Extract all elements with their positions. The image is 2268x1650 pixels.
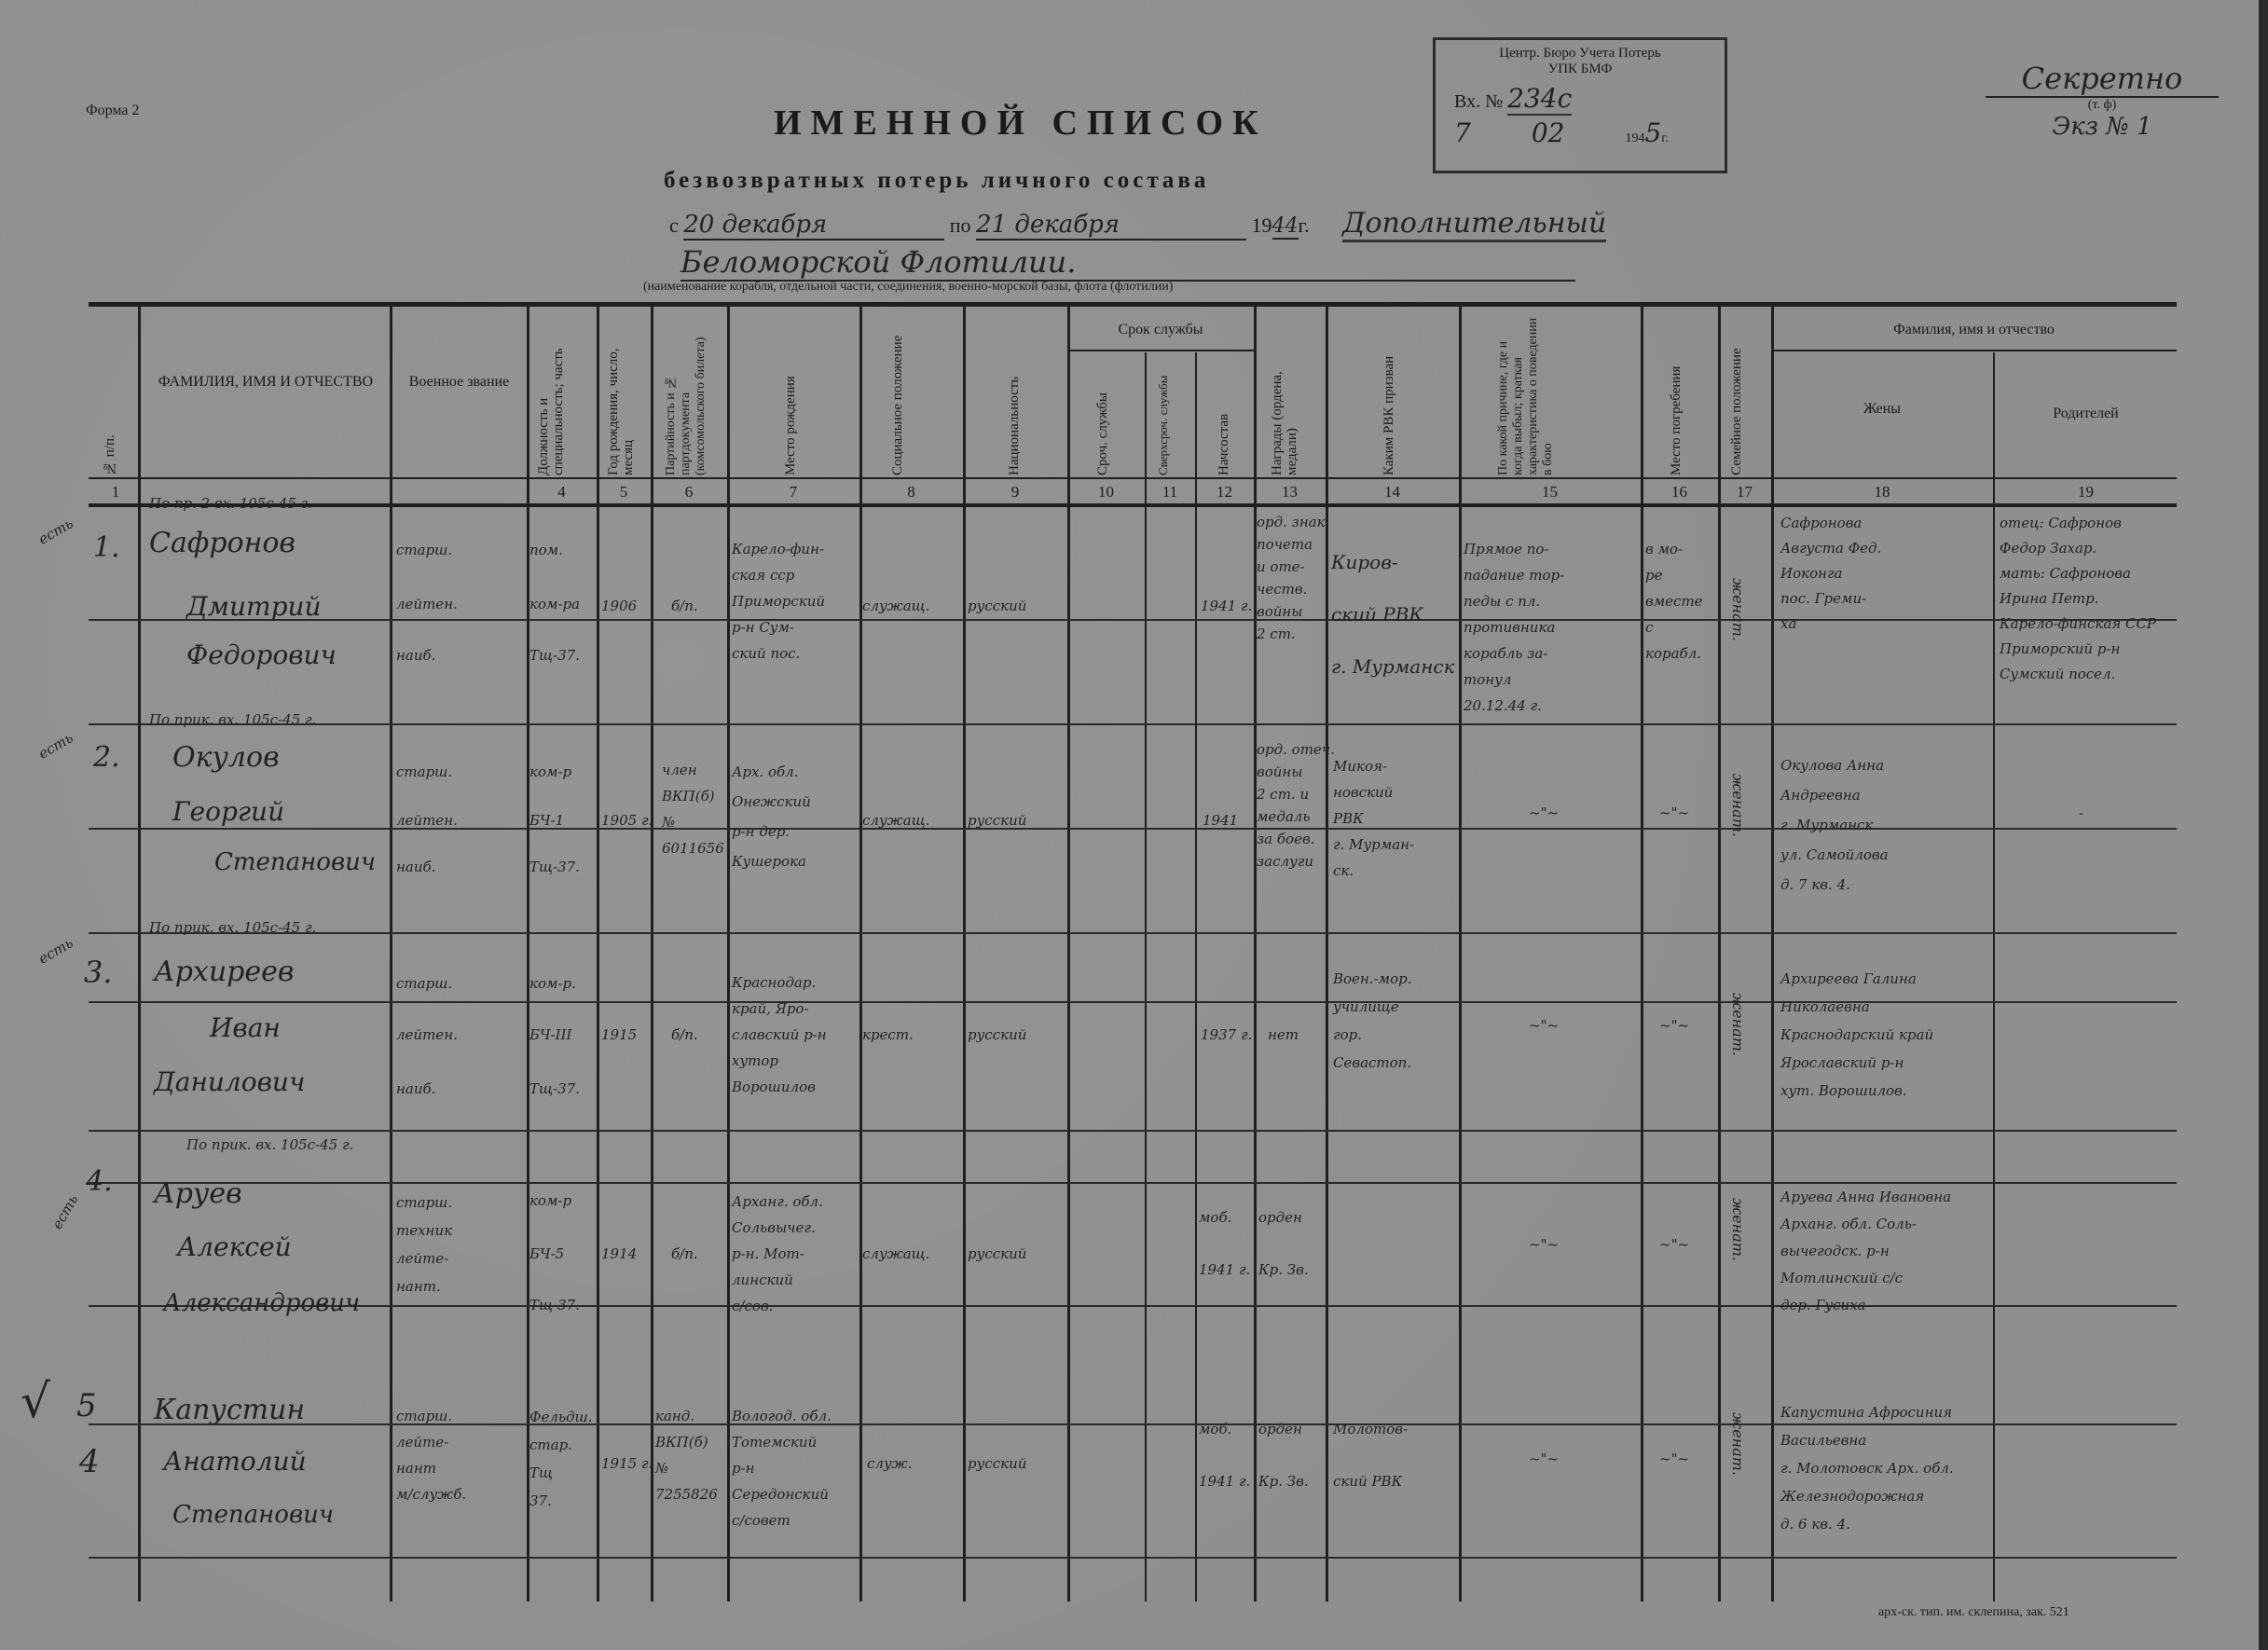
header-burial: Место погребения (1669, 312, 1684, 475)
rank-line: старш. (396, 1403, 466, 1429)
wife: Окулова Анна Андреевна г. Мурманск ул. С… (1780, 750, 1889, 900)
right-edge-shadow (2259, 0, 2268, 1650)
header-fio-group: Фамилия, имя и отчество (1771, 322, 2177, 338)
colnum: 15 (1459, 483, 1641, 502)
nationality: русский (968, 811, 1026, 830)
colnum: 16 (1641, 483, 1718, 502)
nationality: русский (968, 1025, 1026, 1044)
header-nationality: Национальность (1007, 326, 1022, 475)
colnum: 18 (1771, 483, 1993, 502)
record-number: 2. (93, 746, 120, 770)
reason: ~"~ (1529, 1016, 1559, 1035)
unit-name: Беломорской Флотилии. (680, 244, 1575, 282)
patronymic: Федорович (186, 643, 337, 667)
parents: отец: Сафронов Федор Захар. мать: Сафрон… (2000, 511, 2156, 687)
nachsostav: моб. 1941 г. (1199, 1403, 1250, 1507)
surname: Окулов (172, 746, 280, 770)
birth-year: 1905 г. (601, 811, 653, 830)
record-number-alt: 4 (79, 1450, 100, 1474)
wife-line: Окулова Анна (1780, 750, 1889, 780)
wife-line: Андреевна (1780, 780, 1889, 810)
wife-line: Архиреева Галина (1780, 965, 1933, 993)
rank: лейтен. (396, 595, 458, 613)
period-line: с 20 декабря по 21 декабря 1944г. Дополн… (669, 207, 1606, 241)
parents-line: мать: Сафронова (2000, 561, 2156, 586)
stamp-day: 7 (1454, 117, 1471, 148)
rvk-line: ский РВК (1331, 588, 1455, 640)
social-status: крест. (862, 1025, 914, 1044)
birthplace: Арх. обл. Онежский р-н дер. Кушерока (732, 757, 811, 876)
rank: лейтен. (396, 1025, 458, 1044)
rank: старш. лейте- нант м/служб. (396, 1403, 466, 1507)
wife-line: г. Молотовск Арх. обл. (1780, 1454, 1954, 1482)
party-line: № (655, 1455, 718, 1481)
party: член ВКП(б) № 6011656 (662, 757, 724, 861)
burial: в мо- ре вместе с корабл. (1645, 536, 1703, 667)
colnum: 13 (1254, 483, 1326, 502)
registration-stamp: Центр. Бюро Учета Потерь УПК БМФ Вх. № 2… (1433, 37, 1727, 173)
rvk-line: Киров- (1331, 536, 1455, 588)
wife-line: д. 6 кв. 4. (1780, 1510, 1954, 1538)
to-prefix: по (950, 213, 971, 237)
reason-line: Прямое по- (1464, 536, 1564, 562)
parents-line: Федор Захар. (2000, 536, 2156, 561)
row-rule (89, 1130, 2177, 1132)
colnum: 1 (93, 483, 138, 502)
header-sverhsroch: Сверхсроч. службы (1156, 359, 1189, 475)
burial: ~"~ (1659, 1235, 1689, 1254)
position: Тщ-37. (529, 858, 580, 876)
parents-line: Карело-финская ССР (2000, 612, 2156, 637)
birthplace: Краснодар. край, Яро- славский р-н хутор… (732, 969, 827, 1100)
year-prefix: 19 (1252, 213, 1272, 237)
wife: Аруева Анна Ивановна Арханг. обл. Соль- … (1780, 1184, 1951, 1319)
position: Тщ-37. (529, 1079, 580, 1098)
birthplace: Арханг. обл. Сольвычег. р-н. Мот- лински… (732, 1189, 823, 1319)
order-note: По прик. вх. 105с-45 г. (186, 1135, 353, 1154)
social-status: служащ. (862, 597, 929, 615)
wife-line: пос. Греми- (1780, 586, 1881, 612)
party-line: № (662, 809, 724, 835)
document-title: ИМЕННОЙ СПИСОК (774, 103, 1268, 144)
reason-line: педы с пл. (1464, 588, 1564, 614)
reason: ~"~ (1529, 804, 1559, 822)
header-bottom-rule (89, 503, 2177, 507)
position: ком-р (529, 1191, 571, 1210)
colnum: 4 (527, 483, 597, 502)
birthplace-line: Арх. обл. (732, 757, 811, 787)
social-status: служащ. (862, 1244, 929, 1263)
header-name: ФАМИЛИЯ, ИМЯ И ОТЧЕСТВО (149, 368, 382, 396)
reason: Прямое по- падание тор- педы с пл. проти… (1464, 536, 1564, 719)
reason-line: тонул (1464, 667, 1564, 693)
award-line: орд. отеч. (1257, 738, 1335, 761)
rank-line: нант. (396, 1272, 452, 1300)
rank-line: м/служб. (396, 1481, 466, 1507)
rvk-line: РВК (1333, 805, 1414, 832)
colnum: 14 (1326, 483, 1459, 502)
surname: Архиреев (154, 960, 294, 984)
header-nachsostav: Начсостав (1216, 359, 1231, 475)
wife-line: ха (1780, 612, 1881, 637)
document-subtitle: безвозвратных потерь личного состава (664, 168, 1209, 194)
stamp-number-value: 234с (1507, 83, 1572, 116)
header-party: Партийность и № партдокумента (комсомоль… (664, 312, 720, 475)
first-name: Иван (210, 1016, 281, 1040)
nationality: русский (968, 1244, 1026, 1263)
classification-label: Секретно (1986, 61, 2219, 98)
birthplace: Вологод. обл. Тотемский р-н Середонский … (732, 1403, 832, 1533)
colnum: 6 (651, 483, 727, 502)
awards: орден Кр. Зв. (1258, 1403, 1309, 1507)
from-prefix: с (669, 213, 679, 237)
year-suffix: г. (1299, 213, 1310, 237)
reason-line: корабль за- (1464, 640, 1564, 667)
position: Тщ-37. (529, 1296, 580, 1314)
header-wife: Жены (1771, 401, 1993, 418)
wife-line: Ярославский р-н (1780, 1049, 1933, 1077)
awards: орд. отеч. войны 2 ст. и медаль за боев.… (1257, 738, 1335, 873)
nationality: русский (968, 1454, 1026, 1473)
margin-note: есть (35, 933, 76, 968)
award-line: заслуги (1257, 850, 1335, 873)
rank-line: лейте- (396, 1244, 452, 1272)
rank: старш. (396, 541, 452, 559)
rvk-line: Севастоп. (1333, 1049, 1412, 1077)
patronymic: Степанович (214, 850, 376, 874)
position: пом. (529, 541, 563, 559)
birthplace-line: Вологод. обл. (732, 1403, 832, 1429)
birthplace-line: р-н (732, 1455, 832, 1481)
srok-group-rule (1067, 350, 1254, 351)
party: б/п. (671, 1244, 698, 1263)
nachsostav: 1941 (1203, 811, 1238, 830)
wife-line: Васильевна (1780, 1426, 1954, 1454)
award-line: 2 ст. и (1257, 783, 1335, 805)
birthplace-line: Сольвычег. (732, 1215, 823, 1241)
period-from: 20 декабря (683, 211, 944, 241)
wife: Архиреева Галина Николаевна Краснодарски… (1780, 965, 1933, 1105)
order-note: По пр. 2 вх. 105с-45 г. (149, 494, 312, 513)
parents-line: Ирина Петр. (2000, 586, 2156, 612)
rank: старш. техник лейте- нант. (396, 1189, 452, 1300)
document-page: Форма 2 ИМЕННОЙ СПИСОК безвозвратных пот… (0, 0, 2268, 1650)
wife-line: Аруева Анна Ивановна (1780, 1184, 1951, 1211)
supplementary-note: Дополнительный (1342, 207, 1606, 242)
party-line: канд. (655, 1403, 718, 1429)
position-line: Тщ (529, 1459, 593, 1487)
header-family: Семейное положение (1729, 312, 1766, 475)
birthplace-line: Ворошилов (732, 1074, 827, 1100)
birth-year: 1915 г. (601, 1454, 653, 1473)
reason-line: 20.12.44 г. (1464, 693, 1564, 719)
award-line: медаль (1257, 805, 1335, 828)
party-line: член (662, 757, 724, 783)
party-line: 7255826 (655, 1481, 718, 1507)
classification-sub: (т. ф) (1986, 98, 2219, 113)
rvk-line: гор. (1333, 1021, 1412, 1049)
burial: ~"~ (1659, 804, 1689, 822)
rvk-line: ский РВК (1333, 1455, 1408, 1507)
birthplace-line: р-н дер. (732, 817, 811, 846)
birth-year: 1906 (601, 597, 637, 615)
awards: орд. знак почета и оте- честв. войны 2 с… (1257, 511, 1326, 645)
first-name: Анатолий (163, 1450, 307, 1474)
birthplace-line: Тотемский (732, 1429, 832, 1455)
birthplace-line: Онежский (732, 787, 811, 817)
wife-line: хут. Ворошилов. (1780, 1077, 1933, 1105)
colnum: 11 (1145, 483, 1195, 502)
burial-line: ре (1645, 562, 1703, 588)
reason: ~"~ (1529, 1450, 1559, 1468)
row-rule (89, 932, 2177, 934)
wife-line: Иоконга (1780, 561, 1881, 586)
colnum: 9 (963, 483, 1067, 502)
order-note: По прик. вх. 105с-45 г. (149, 710, 316, 729)
colnum: 12 (1195, 483, 1254, 502)
surname: Капустин (154, 1398, 305, 1423)
wife-line: Августа Фед. (1780, 536, 1881, 561)
record-number: 3. (84, 960, 113, 984)
colnum: 17 (1718, 483, 1771, 502)
stamp-year-prefix: 194 (1625, 131, 1644, 145)
wife-line: Николаевна (1780, 993, 1933, 1021)
surname: Аруев (154, 1182, 242, 1206)
position: Фельдш. стар. Тщ 37. (529, 1403, 593, 1515)
award-line: орден (1258, 1191, 1309, 1244)
party: канд. ВКП(б) № 7255826 (655, 1403, 718, 1507)
family-status: женат. (1729, 1412, 1747, 1476)
family-status: женат. (1729, 993, 1747, 1056)
margin-note: есть (35, 514, 76, 548)
header-num: № п/п. (103, 410, 117, 475)
award-line: за боев. (1257, 828, 1335, 850)
row-rule (89, 723, 2177, 725)
rank: старш. (396, 974, 452, 993)
rank-line: лейте- (396, 1429, 466, 1455)
patronymic: Степанович (172, 1503, 334, 1527)
wife-line: Железнодорожная (1780, 1482, 1954, 1510)
row-rule (89, 1557, 2177, 1559)
birthplace-line: с/совет (732, 1507, 832, 1533)
period-to: 21 декабря (976, 211, 1246, 241)
colnum: 7 (727, 483, 859, 502)
party: б/п. (671, 1025, 698, 1044)
birth-year: 1914 (601, 1244, 637, 1263)
rank-line: старш. (396, 1189, 452, 1217)
position-line: стар. (529, 1431, 593, 1459)
rvk: Киров- ский РВК г. Мурманск (1331, 536, 1455, 693)
nationality: русский (968, 597, 1026, 615)
patronymic: Александрович (163, 1291, 360, 1315)
patronymic: Данилович (154, 1070, 305, 1094)
wife-line: вычегодск. р-н (1780, 1238, 1951, 1265)
award-line: орден (1258, 1403, 1309, 1455)
parents-line: Сумский посел. (2000, 662, 2156, 687)
copy-number: Экз № 1 (1986, 113, 2219, 141)
birthplace-line: р-н. Мот- (732, 1241, 823, 1267)
burial: ~"~ (1659, 1450, 1689, 1468)
birthplace-line: Приморский (732, 588, 825, 614)
award-line: войны (1257, 600, 1326, 623)
header-rank: Военное звание (401, 368, 517, 396)
birthplace-line: Краснодар. (732, 969, 827, 996)
rvk-line: новский (1333, 779, 1414, 805)
birth-year: 1915 (601, 1025, 637, 1044)
rvk-line: Молотов- (1333, 1403, 1408, 1455)
party: б/п. (671, 597, 698, 615)
rvk-line: Микоя- (1333, 753, 1414, 779)
wife-line: Капустина Афросиния (1780, 1398, 1954, 1426)
birthplace-line: ская сср (732, 562, 825, 588)
family-status: женат. (1729, 578, 1747, 641)
birthplace-line: Середонский (732, 1481, 832, 1507)
rvk: Воен.-мор. училище гор. Севастоп. (1333, 965, 1412, 1077)
margin-note: есть (35, 728, 76, 763)
award-line: Кр. Зв. (1258, 1244, 1309, 1296)
birthplace: Карело-фин- ская сср Приморский р-н Сум-… (732, 536, 825, 667)
awards: нет (1268, 1025, 1299, 1044)
header-awards: Награды (ордена, медали) (1270, 326, 1307, 475)
award-line: честв. (1257, 578, 1326, 600)
printer-imprint: арх-ск. тип. им. склепина, зак. 521 (1878, 1605, 2069, 1620)
stamp-in-label: Вх. № (1454, 91, 1503, 112)
order-note: По прик. вх. 105с-45 г. (149, 918, 316, 937)
record-number: 1. (93, 536, 120, 560)
record-number: 4. (86, 1170, 113, 1194)
burial-line: корабл. (1645, 640, 1703, 667)
col-divider (1145, 352, 1147, 1602)
col-divider (390, 306, 392, 1602)
birthplace-line: Кушерока (732, 846, 811, 876)
birthplace-line: Карело-фин- (732, 536, 825, 562)
birthplace-line: ский пос. (732, 640, 825, 667)
nachsostav-line: моб. (1199, 1191, 1250, 1244)
award-line: 2 ст. (1257, 623, 1326, 645)
stamp-line2: УПК БМФ (1436, 62, 1725, 77)
wife-line: Краснодарский край (1780, 1021, 1933, 1049)
position: ком-р. (529, 974, 576, 993)
position: ком-р (529, 763, 571, 781)
family-status: женат. (1729, 1198, 1747, 1261)
nachsostav-line: 1941 г. (1199, 1244, 1250, 1296)
party-line: ВКП(б) (655, 1429, 718, 1455)
header-srok-group: Срок службы (1067, 322, 1254, 338)
party-line: 6011656 (662, 835, 724, 861)
wife-line: ул. Самойлова (1780, 840, 1889, 870)
position: ком-ра (529, 595, 580, 613)
awards: орден Кр. Зв. (1258, 1191, 1309, 1296)
header-srochn: Сроч. службы (1095, 359, 1110, 475)
wife: Капустина Афросиния Васильевна г. Молото… (1780, 1398, 1954, 1538)
social-status: служащ. (862, 811, 929, 830)
wife-line: Мотлинский с/с (1780, 1265, 1951, 1292)
checkmark-icon: √ (21, 1389, 50, 1413)
first-name: Алексей (177, 1235, 292, 1259)
header-social: Социальное положение (890, 326, 928, 475)
social-status: служ. (867, 1454, 912, 1473)
position-line: 37. (529, 1487, 593, 1515)
rvk: Микоя- новский РВК г. Мурман- ск. (1333, 753, 1414, 884)
nachsostav: 1941 г. (1201, 597, 1252, 615)
rank: лейтен. (396, 811, 458, 830)
rank-line: техник (396, 1217, 452, 1244)
parents-line: отец: Сафронов (2000, 511, 2156, 536)
col-divider (1195, 352, 1197, 1602)
rank: старш. (396, 763, 452, 781)
colnum: 5 (597, 483, 651, 502)
family-status: женат. (1729, 774, 1747, 837)
burial-line: в мо- (1645, 536, 1703, 562)
rank: наиб. (396, 646, 435, 665)
unit-caption: (наименование корабля, отдельной части, … (643, 280, 1173, 295)
burial-line: вместе (1645, 588, 1703, 614)
wife-line: Арханг. обл. Соль- (1780, 1211, 1951, 1238)
rank-line: нант (396, 1455, 466, 1481)
position: БЧ-III (529, 1025, 571, 1044)
award-line: орд. знак (1257, 511, 1326, 533)
rank: наиб. (396, 1079, 435, 1098)
first-name: Георгий (172, 800, 284, 824)
stamp-line1: Центр. Бюро Учета Потерь (1436, 46, 1725, 62)
wife-line: г. Мурманск (1780, 810, 1889, 840)
rvk-line: г. Мурманск (1331, 640, 1455, 693)
stamp-in-number: Вх. № 234с (1454, 83, 1725, 114)
rank: наиб. (396, 858, 435, 876)
surname: Сафронов (149, 531, 296, 556)
rvk-line: училище (1333, 993, 1412, 1021)
party-line: ВКП(б) (662, 783, 724, 809)
table-top-rule (89, 302, 2177, 307)
rvk-line: Воен.-мор. (1333, 965, 1412, 993)
wife: Сафронова Августа Фед. Иоконга пос. Грем… (1780, 511, 1881, 637)
colnum: 8 (859, 483, 963, 502)
birthplace-line: с/сов. (732, 1293, 823, 1319)
colnum: 19 (1995, 483, 2177, 502)
rvk-line: ск. (1333, 858, 1414, 884)
birthplace-line: линский (732, 1267, 823, 1293)
reason: ~"~ (1529, 1235, 1559, 1254)
nachsostav-line: моб. (1199, 1403, 1250, 1455)
form-label: Форма 2 (86, 103, 140, 119)
header-position: Должность и специальность; часть (536, 312, 583, 475)
header-birthplace: Место рождения (783, 326, 798, 475)
header-reason: По какой причине, где и когда выбыл; кра… (1496, 312, 1580, 475)
position: Тщ-37. (529, 646, 580, 665)
reason-line: падание тор- (1464, 562, 1564, 588)
margin-note: есть (48, 1191, 82, 1232)
stamp-year: 5 (1644, 117, 1661, 148)
wife-line: Сафронова (1780, 511, 1881, 536)
birthplace-line: славский р-н (732, 1022, 827, 1048)
period-year: 44 (1272, 214, 1299, 240)
award-line: войны (1257, 761, 1335, 783)
award-line: и оте- (1257, 556, 1326, 578)
stamp-year-suffix: г. (1661, 131, 1669, 145)
position: БЧ-5 (529, 1244, 564, 1263)
burial-line: с (1645, 614, 1703, 640)
first-name: Дмитрий (186, 595, 322, 619)
rvk-line: г. Мурман- (1333, 832, 1414, 858)
stamp-date: 7 02 1945г. (1454, 117, 1725, 148)
wife-line: дер. Гусиха (1780, 1292, 1951, 1319)
award-line: Кр. Зв. (1258, 1455, 1309, 1507)
col-divider (138, 306, 141, 1602)
birthplace-line: край, Яро- (732, 996, 827, 1022)
header-birth-year: Год рождения, число, месяц (606, 312, 643, 475)
burial: ~"~ (1659, 1016, 1689, 1035)
fio-group-rule (1771, 350, 2177, 351)
